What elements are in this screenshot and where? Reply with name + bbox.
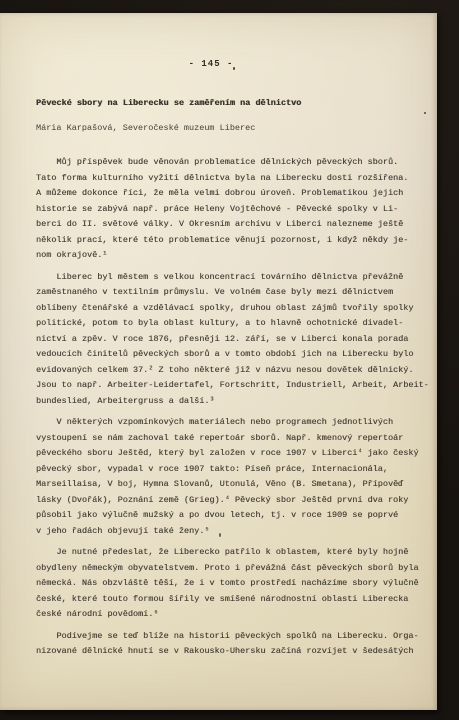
ink-speck [219,533,221,537]
ink-speck [147,101,148,103]
page-number: - 145 - [36,58,386,70]
document-title: Pěvecké sbory na Liberecku se zaměřením … [36,97,437,109]
body-paragraph: V některých vzpomínkových materiálech ne… [36,415,434,539]
ink-speck [233,67,235,70]
body-paragraph: Podívejme se teď blíže na historii pěvec… [36,629,434,660]
ink-speck [424,112,426,114]
document-page: - 145 - Pěvecké sbory na Liberecku se za… [0,13,437,710]
body-paragraph: Liberec byl městem s velkou koncentrací … [36,270,434,410]
body-paragraph: Můj příspěvek bude věnován problematice … [36,155,434,264]
document-body: Můj příspěvek bude věnován problematice … [36,155,434,660]
scan-background: - 145 - Pěvecké sbory na Liberecku se za… [0,0,459,720]
body-paragraph: Je nutné předeslat, že Liberecko patřilo… [36,545,434,623]
author-line: Mária Karpašová, Severočeské muzeum Libe… [36,122,437,134]
